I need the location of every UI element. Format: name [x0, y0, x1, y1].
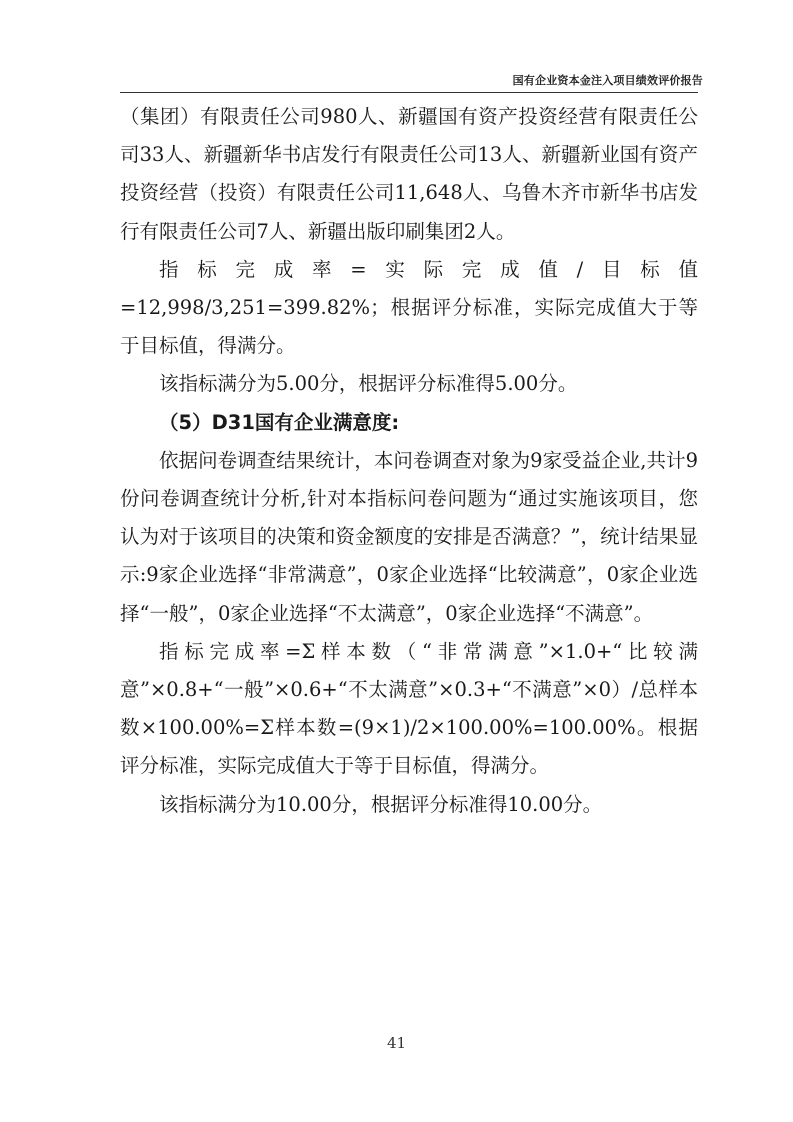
- paragraph-survey-results: 依据问卷调查结果统计，本问卷调查对象为9家受益企业,共计9份问卷调查统计分析,针…: [120, 442, 698, 633]
- page-number: 41: [0, 1034, 793, 1052]
- paragraph-score-5: 该指标满分为5.00分，根据评分标准得5.00分。: [120, 365, 698, 403]
- running-header-title: 国有企业资本金注入项目绩效评价报告: [513, 72, 703, 88]
- paragraph-staff-counts: （集团）有限责任公司980人、新疆国有资产投资经营有限责任公司33人、新疆新华书…: [120, 98, 698, 251]
- section-heading-d31: （5）D31国有企业满意度:: [120, 404, 698, 442]
- paragraph-satisfaction-formula: 指标完成率=Σ样本数（“非常满意”×1.0+“比较满意”×0.8+“一般”×0.…: [120, 633, 698, 786]
- body-text: （集团）有限责任公司980人、新疆国有资产投资经营有限责任公司33人、新疆新华书…: [120, 98, 698, 824]
- paragraph-completion-rate: 指标完成率=实际完成值/目标值=12,998/3,251=399.82%；根据评…: [120, 251, 698, 366]
- header-divider: [120, 92, 698, 93]
- paragraph-score-10: 该指标满分为10.00分，根据评分标准得10.00分。: [120, 786, 698, 824]
